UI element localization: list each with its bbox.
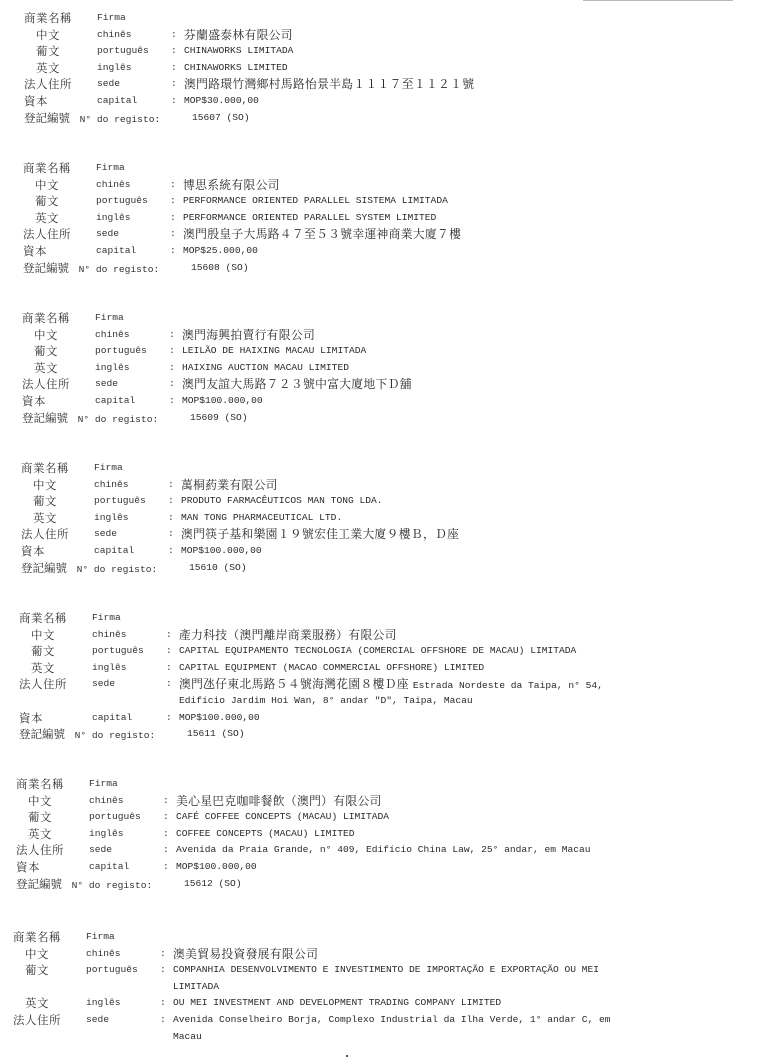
company-capital: MOP$25.000,00 <box>183 243 258 260</box>
portugues-label-zh: 葡文 <box>33 493 57 510</box>
colon: : <box>163 809 169 826</box>
registration-number: 15609 (SO) <box>190 410 248 427</box>
firma-label-zh: 商業名稱 <box>23 160 71 177</box>
company-name-portuguese: CHINAWORKS LIMITADA <box>184 43 293 60</box>
company-address: 澳門路環竹灣鄉村馬路怡景半島１１１７至１１２１號 <box>184 76 474 93</box>
firma-label-pt: Firma <box>89 776 118 793</box>
sede-label-pt: sede <box>94 526 117 543</box>
company-name-portuguese-line1: COMPANHIA DESENVOLVIMENTO E INVESTIMENTO… <box>173 962 599 979</box>
registo-label-pt: N° do registo: <box>72 880 153 891</box>
capital-label-zh: 資本 <box>16 859 40 876</box>
registo-label: 登記編號 N° do registo: <box>19 726 155 745</box>
portugues-label-zh: 葡文 <box>25 962 49 979</box>
company-name-chinese: 澳美貿易投資發展有限公司 <box>173 946 318 963</box>
portugues-label-pt: português <box>95 343 147 360</box>
sede-label-zh: 法人住所 <box>19 676 67 693</box>
chines-label-zh: 中文 <box>34 327 58 344</box>
sede-label-pt: sede <box>86 1012 109 1029</box>
portugues-label-pt: português <box>86 962 138 979</box>
registry-entry: 商業名稱Firma 中文chinês:美心星巴克咖啡餐飲（澳門）有限公司 葡文p… <box>16 776 736 892</box>
chines-label-pt: chinês <box>92 627 127 644</box>
colon: : <box>168 510 174 527</box>
registry-entry: 商業名稱Firma 中文chinês:澳門海興拍賣行有限公司 葡文portugu… <box>22 310 742 426</box>
firma-label-zh: 商業名稱 <box>22 310 70 327</box>
company-name-english: MAN TONG PHARMACEUTICAL LTD. <box>181 510 342 527</box>
registo-label-pt: N° do registo: <box>78 414 159 425</box>
colon: : <box>170 226 176 243</box>
company-name-english: COFFEE CONCEPTS (MACAU) LIMITED <box>176 826 354 843</box>
firma-label-zh: 商業名稱 <box>24 10 72 27</box>
sede-label-zh: 法人住所 <box>22 376 70 393</box>
sede-label-zh: 法人住所 <box>16 842 64 859</box>
registo-label-zh: 登記編號 <box>16 877 62 891</box>
chines-label-pt: chinês <box>95 327 130 344</box>
colon: : <box>168 477 174 494</box>
company-name-chinese: 澳門海興拍賣行有限公司 <box>182 327 315 344</box>
colon: : <box>171 93 177 110</box>
ingles-label-zh: 英文 <box>28 826 52 843</box>
firma-label-pt: Firma <box>94 460 123 477</box>
sede-label-pt: sede <box>89 842 112 859</box>
registo-label-zh: 登記編號 <box>19 727 65 741</box>
ingles-label-zh: 英文 <box>25 995 49 1012</box>
company-name-portuguese: LEILÃO DE HAIXING MACAU LIMITADA <box>182 343 366 360</box>
ingles-label-pt: inglês <box>96 210 131 227</box>
ingles-label-zh: 英文 <box>36 60 60 77</box>
colon: : <box>171 27 177 44</box>
capital-label-zh: 資本 <box>22 393 46 410</box>
sede-label-zh: 法人住所 <box>23 226 71 243</box>
firma-label-pt: Firma <box>95 310 124 327</box>
company-address: 澳門筷子基和樂園１９號宏佳工業大廈９樓Ｂ，Ｄ座 <box>181 526 459 543</box>
firma-label-pt: Firma <box>96 160 125 177</box>
capital-label-zh: 資本 <box>23 243 47 260</box>
company-name-english: PERFORMANCE ORIENTED PARALLEL SYSTEM LIM… <box>183 210 436 227</box>
ingles-label-pt: inglês <box>94 510 129 527</box>
colon: : <box>171 76 177 93</box>
registo-label-zh: 登記編號 <box>22 411 68 425</box>
registo-label-pt: N° do registo: <box>75 730 156 741</box>
sede-label-zh: 法人住所 <box>24 76 72 93</box>
company-name-chinese: 美心星巴克咖啡餐飲（澳門）有限公司 <box>176 793 382 810</box>
ingles-label-pt: inglês <box>95 360 130 377</box>
colon: : <box>169 343 175 360</box>
capital-label-pt: capital <box>94 543 134 560</box>
portugues-label-pt: português <box>97 43 149 60</box>
company-name-english: CAPITAL EQUIPMENT (MACAO COMMERCIAL OFFS… <box>179 660 484 677</box>
colon: : <box>168 526 174 543</box>
colon: : <box>168 543 174 560</box>
colon: : <box>166 627 172 644</box>
capital-label-zh: 資本 <box>21 543 45 560</box>
colon: : <box>169 360 175 377</box>
colon: : <box>163 793 169 810</box>
ingles-label-zh: 英文 <box>35 210 59 227</box>
ingles-label-pt: inglês <box>92 660 127 677</box>
company-name-chinese: 萬桐葯業有限公司 <box>181 477 278 494</box>
chines-label-zh: 中文 <box>35 177 59 194</box>
colon: : <box>170 243 176 260</box>
company-name-portuguese: PERFORMANCE ORIENTED PARALLEL SISTEMA LI… <box>183 193 448 210</box>
colon: : <box>171 43 177 60</box>
firma-label-zh: 商業名稱 <box>13 929 61 946</box>
company-name-chinese: 博思系統有限公司 <box>183 177 280 194</box>
company-name-english: CHINAWORKS LIMITED <box>184 60 288 77</box>
capital-label-zh: 資本 <box>24 93 48 110</box>
capital-label-pt: capital <box>95 393 135 410</box>
colon: : <box>163 826 169 843</box>
firma-label-zh: 商業名稱 <box>16 776 64 793</box>
registo-label-pt: N° do registo: <box>79 264 160 275</box>
ingles-label-pt: inglês <box>97 60 132 77</box>
chines-label-pt: chinês <box>89 793 124 810</box>
company-address: 澳門友誼大馬路７２３號中富大廈地下Ｄ舖 <box>182 376 412 393</box>
chines-label-zh: 中文 <box>33 477 57 494</box>
registry-entry: 商業名稱Firma 中文chinês:產力科技（澳門離岸商業服務）有限公司 葡文… <box>19 610 739 743</box>
colon: : <box>163 859 169 876</box>
ingles-label-zh: 英文 <box>31 660 55 677</box>
ingles-label-zh: 英文 <box>33 510 57 527</box>
company-address-line1: Avenida Conselheiro Borja, Complexo Indu… <box>173 1012 611 1029</box>
colon: : <box>170 177 176 194</box>
colon: : <box>163 842 169 859</box>
chines-label-pt: chinês <box>94 477 129 494</box>
company-capital: MOP$100.000,00 <box>181 543 262 560</box>
capital-label-pt: capital <box>92 710 132 727</box>
colon: : <box>170 193 176 210</box>
firma-label-pt: Firma <box>86 929 115 946</box>
chines-label-zh: 中文 <box>36 27 60 44</box>
registry-entry: 商業名稱Firma 中文chinês:澳美貿易投資發展有限公司 葡文portug… <box>13 929 733 1045</box>
portugues-label-pt: português <box>96 193 148 210</box>
company-name-portuguese: CAFÉ COFFEE CONCEPTS (MACAU) LIMITADA <box>176 809 389 826</box>
company-address: Avenida da Praia Grande, n° 409, Edifíci… <box>176 842 591 859</box>
firma-label-pt: Firma <box>97 10 126 27</box>
portugues-label-zh: 葡文 <box>35 193 59 210</box>
registo-label: 登記編號 N° do registo: <box>23 260 159 279</box>
portugues-label-pt: português <box>92 643 144 660</box>
registo-label-zh: 登記編號 <box>24 111 70 125</box>
company-capital: MOP$30.000,00 <box>184 93 259 110</box>
colon: : <box>169 393 175 410</box>
colon: : <box>169 376 175 393</box>
company-name-english: HAIXING AUCTION MACAU LIMITED <box>182 360 349 377</box>
registo-label-pt: N° do registo: <box>77 564 158 575</box>
registo-label: 登記編號 N° do registo: <box>21 560 157 579</box>
firma-label-zh: 商業名稱 <box>21 460 69 477</box>
firma-label-pt: Firma <box>92 610 121 627</box>
colon: : <box>170 210 176 227</box>
sede-label-pt: sede <box>96 226 119 243</box>
colon: : <box>160 962 166 979</box>
registo-label: 登記編號 N° do registo: <box>22 410 158 429</box>
portugues-label-zh: 葡文 <box>36 43 60 60</box>
company-address: 澳門殷皇子大馬路４７至５３號幸運神商業大廈７樓 <box>183 226 461 243</box>
company-address-chinese: 澳門氹仔東北馬路５４號海灣花園８樓Ｄ座 <box>179 677 409 691</box>
colon: : <box>160 946 166 963</box>
colon: : <box>160 1012 166 1029</box>
registry-entry: 商業名稱Firma 中文chinês:博思系統有限公司 葡文português:… <box>23 160 743 276</box>
chines-label-zh: 中文 <box>31 627 55 644</box>
company-capital: MOP$100.000,00 <box>179 710 260 727</box>
registo-label: 登記編號 N° do registo: <box>16 876 152 895</box>
registry-entry: 商業名稱Firma 中文chinês:萬桐葯業有限公司 葡文português:… <box>21 460 741 576</box>
colon: : <box>160 995 166 1012</box>
company-address-portuguese-line1: Estrada Nordeste da Taipa, n° 54, <box>413 680 603 691</box>
sede-label-pt: sede <box>92 676 115 693</box>
registration-number: 15612 (SO) <box>184 876 242 893</box>
portugues-label-zh: 葡文 <box>34 343 58 360</box>
registo-label-zh: 登記編號 <box>21 561 67 575</box>
colon: : <box>166 660 172 677</box>
registo-label-zh: 登記編號 <box>23 261 69 275</box>
scan-edge-line <box>583 0 733 1</box>
company-name-chinese: 芬蘭盛泰林有限公司 <box>184 27 293 44</box>
portugues-label-pt: português <box>89 809 141 826</box>
registration-number: 15610 (SO) <box>189 560 247 577</box>
capital-label-pt: capital <box>89 859 129 876</box>
company-name-portuguese: PRODUTO FARMACÊUTICOS MAN TONG LDA. <box>181 493 383 510</box>
scan-speck <box>346 1055 348 1057</box>
colon: : <box>171 60 177 77</box>
company-address-portuguese-line2: Edifício Jardim Hoi Wan, 8° andar "D", T… <box>179 693 473 710</box>
chines-label-pt: chinês <box>96 177 131 194</box>
sede-label-pt: sede <box>97 76 120 93</box>
company-name-english: OU MEI INVESTMENT AND DEVELOPMENT TRADIN… <box>173 995 501 1012</box>
company-name-portuguese-line2: LIMITADA <box>173 979 219 996</box>
registration-number: 15607 (SO) <box>192 110 250 127</box>
company-name-chinese: 產力科技（澳門離岸商業服務）有限公司 <box>179 627 397 644</box>
sede-label-pt: sede <box>95 376 118 393</box>
ingles-label-pt: inglês <box>89 826 124 843</box>
colon: : <box>166 643 172 660</box>
chines-label-pt: chinês <box>86 946 121 963</box>
firma-label-zh: 商業名稱 <box>19 610 67 627</box>
colon: : <box>166 676 172 693</box>
colon: : <box>169 327 175 344</box>
chines-label-zh: 中文 <box>28 793 52 810</box>
registo-label: 登記編號 N° do registo: <box>24 110 160 129</box>
company-name-portuguese: CAPITAL EQUIPAMENTO TECNOLOGIA (COMERCIA… <box>179 643 576 660</box>
registry-entry: 商業名稱Firma 中文chinês:芬蘭盛泰林有限公司 葡文português… <box>24 10 744 126</box>
company-address-line2: Macau <box>173 1029 202 1046</box>
sede-label-zh: 法人住所 <box>21 526 69 543</box>
capital-label-pt: capital <box>97 93 137 110</box>
portugues-label-zh: 葡文 <box>31 643 55 660</box>
colon: : <box>168 493 174 510</box>
registration-number: 15608 (SO) <box>191 260 249 277</box>
sede-label-zh: 法人住所 <box>13 1012 61 1029</box>
chines-label-pt: chinês <box>97 27 132 44</box>
company-capital: MOP$100.000,00 <box>176 859 257 876</box>
capital-label-zh: 資本 <box>19 710 43 727</box>
portugues-label-pt: português <box>94 493 146 510</box>
portugues-label-zh: 葡文 <box>28 809 52 826</box>
chines-label-zh: 中文 <box>25 946 49 963</box>
company-capital: MOP$100.000,00 <box>182 393 263 410</box>
ingles-label-pt: inglês <box>86 995 121 1012</box>
colon: : <box>166 710 172 727</box>
registration-number: 15611 (SO) <box>187 726 245 743</box>
ingles-label-zh: 英文 <box>34 360 58 377</box>
registo-label-pt: N° do registo: <box>80 114 161 125</box>
capital-label-pt: capital <box>96 243 136 260</box>
